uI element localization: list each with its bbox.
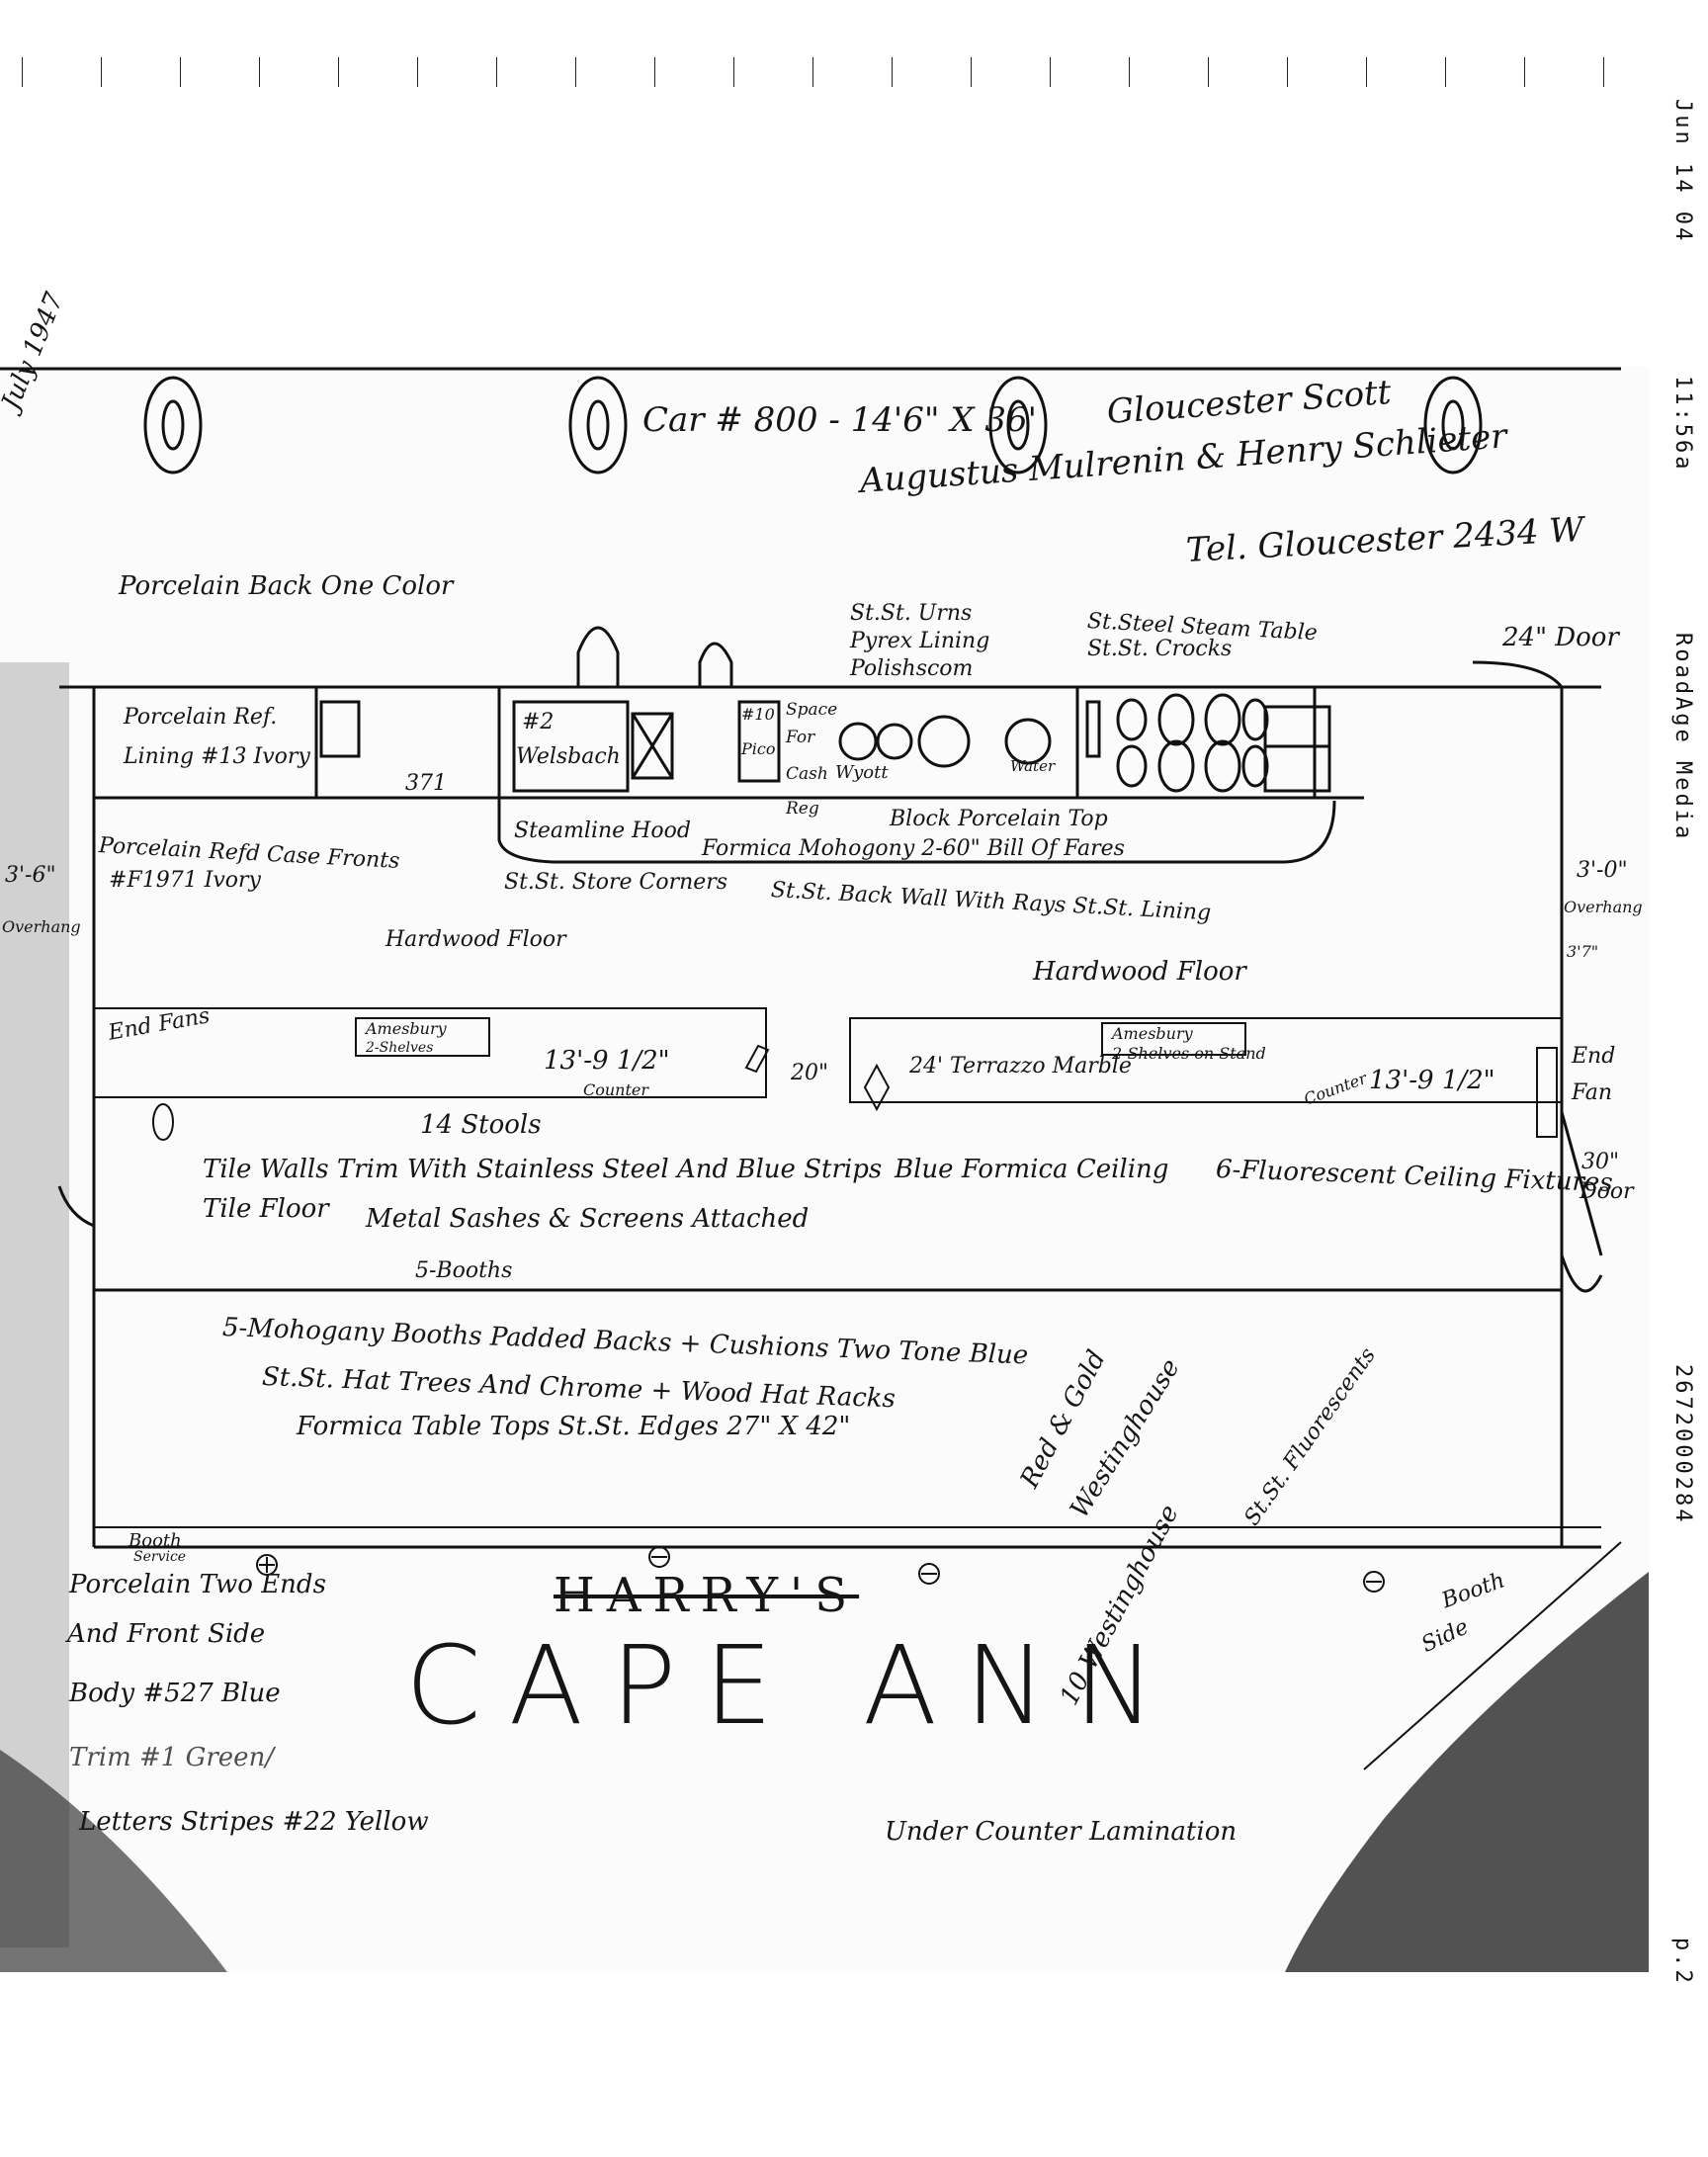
edge-mark [1603,57,1604,87]
wyott-label: Wyott [835,764,889,782]
welsbach-label: Welsbach [516,746,621,768]
edge-mark [812,57,813,87]
edge-mark [180,57,181,87]
refrigerator-note-1: Porcelain Ref. [124,707,277,729]
urns-note-3: Polishscom [850,658,973,680]
booths-desc-3: Formica Table Tops St.St. Edges 27" X 42… [297,1414,850,1439]
edge-mark [101,57,102,87]
door-30-size: 30" [1581,1152,1619,1173]
counter-right-size: 13'-9 1/2" [1369,1068,1495,1093]
fax-edge-marks [0,57,1661,87]
edge-mark [496,57,497,87]
terrazzo-label: 24' Terrazzo Marble [909,1056,1132,1078]
urns-note-1: St.St. Urns [850,603,972,625]
end-fan-right-1: End [1572,1046,1615,1068]
door-24-label: 24" Door [1502,625,1619,650]
fax-page: Jun 14 04 11:56a RoadAge Media 267200028… [0,0,1708,2157]
counter-left-label: Counter [583,1082,648,1098]
fax-date: Jun 14 04 [1670,99,1695,243]
edge-mark [971,57,972,87]
edge-mark [1129,57,1130,87]
refrigerator-note-2: Lining #13 Ivory [124,746,310,768]
overhang-left-label: Overhang [2,919,81,935]
tile-floor-note: Tile Floor [203,1196,329,1222]
hardwood-floor-left: Hardwood Floor [385,929,566,951]
overhang-right-label: Overhang [1564,900,1643,915]
overhang-right-depth: 3'7" [1567,944,1598,960]
overhang-right-size: 3'-0" [1577,860,1628,882]
pico-number: #10 [741,707,775,723]
exterior-note-3: Body #527 Blue [69,1681,281,1706]
door-30-label: Door [1580,1181,1634,1203]
amesbury-left-1: Amesbury [366,1021,447,1037]
fax-phone: 2672000284 [1670,1364,1695,1524]
exterior-note-4: Trim #1 Green/ [69,1745,274,1770]
cash-space-3: Cash [786,766,828,783]
amesbury-right-1: Amesbury [1112,1026,1193,1042]
cash-space-1: Space [786,702,837,719]
edge-mark [733,57,734,87]
urns-note-2: Pyrex Lining [850,631,989,652]
stools-label: 14 Stools [420,1112,542,1138]
case-fronts-note-2: #F1971 Ivory [109,870,261,892]
edge-mark [1050,57,1051,87]
overhang-left-size: 3'-6" [5,865,56,887]
amesbury-left-2: 2-Shelves [366,1041,433,1055]
steam-table-note-2: St.St. Crocks [1087,639,1232,660]
fax-header-strip: Jun 14 04 11:56a RoadAge Media 267200028… [1670,99,1700,2096]
cash-space-4: Reg [786,801,819,818]
fax-time: 11:56a [1670,376,1695,472]
black-porcelain-top-label: Block Porcelain Top [890,809,1108,830]
gap-20-label: 20" [791,1063,828,1084]
edge-mark [1524,57,1525,87]
edge-mark [1287,57,1288,87]
booths-count: 5-Booths [415,1260,512,1282]
store-corners-note: St.St. Store Corners [504,872,727,894]
edge-mark [892,57,893,87]
edge-mark [575,57,576,87]
fax-sender: RoadAge Media [1670,633,1695,841]
floor-plan-sheet: July 1947 Car # 800 - 14'6" X 36' Glouce… [0,366,1649,1972]
water-label: Water [1010,759,1055,774]
exterior-note-1: Porcelain Two Ends [69,1572,326,1597]
refrigerator-number: 371 [405,773,447,795]
edge-mark [1445,57,1446,87]
fax-page-number: p.2 [1670,1938,1695,1986]
edge-mark [259,57,260,87]
sashes-note: Metal Sashes & Screens Attached [366,1206,809,1232]
welsbach-number: #2 [522,712,554,733]
booth-service-2: Service [133,1550,186,1564]
under-counter-note: Under Counter Lamination [885,1819,1237,1845]
edge-mark [1366,57,1367,87]
edge-mark [22,57,23,87]
amesbury-right-2: 2-Shelves on Stand [1112,1046,1266,1062]
formica-note: Formica Mohogony 2-60" Bill Of Fares [702,838,1125,860]
end-fan-right-2: Fan [1572,1082,1612,1104]
tile-walls-note: Tile Walls Trim With Stainless Steel And… [203,1157,882,1182]
counter-left-size: 13'-9 1/2" [544,1048,670,1074]
exterior-note-5: Letters Stripes #22 Yellow [79,1809,429,1835]
hardwood-floor-right: Hardwood Floor [1033,959,1246,985]
cash-space-2: For [786,730,814,746]
steamline-hood-label: Steamline Hood [514,820,691,842]
edge-mark [1208,57,1209,87]
blue-ceiling-note: Blue Formica Ceiling [895,1157,1168,1182]
edge-mark [417,57,418,87]
booth-service-1: Booth [128,1532,182,1550]
edge-mark [338,57,339,87]
exterior-note-2: And Front Side [67,1621,265,1647]
porcelain-back-note: Porcelain Back One Color [119,573,453,599]
pico-label: Pico [741,741,775,757]
struck-diner-name: HARRY'S [554,1572,859,1619]
car-number: Car # 800 - 14'6" X 36' [642,403,1037,437]
edge-mark [654,57,655,87]
